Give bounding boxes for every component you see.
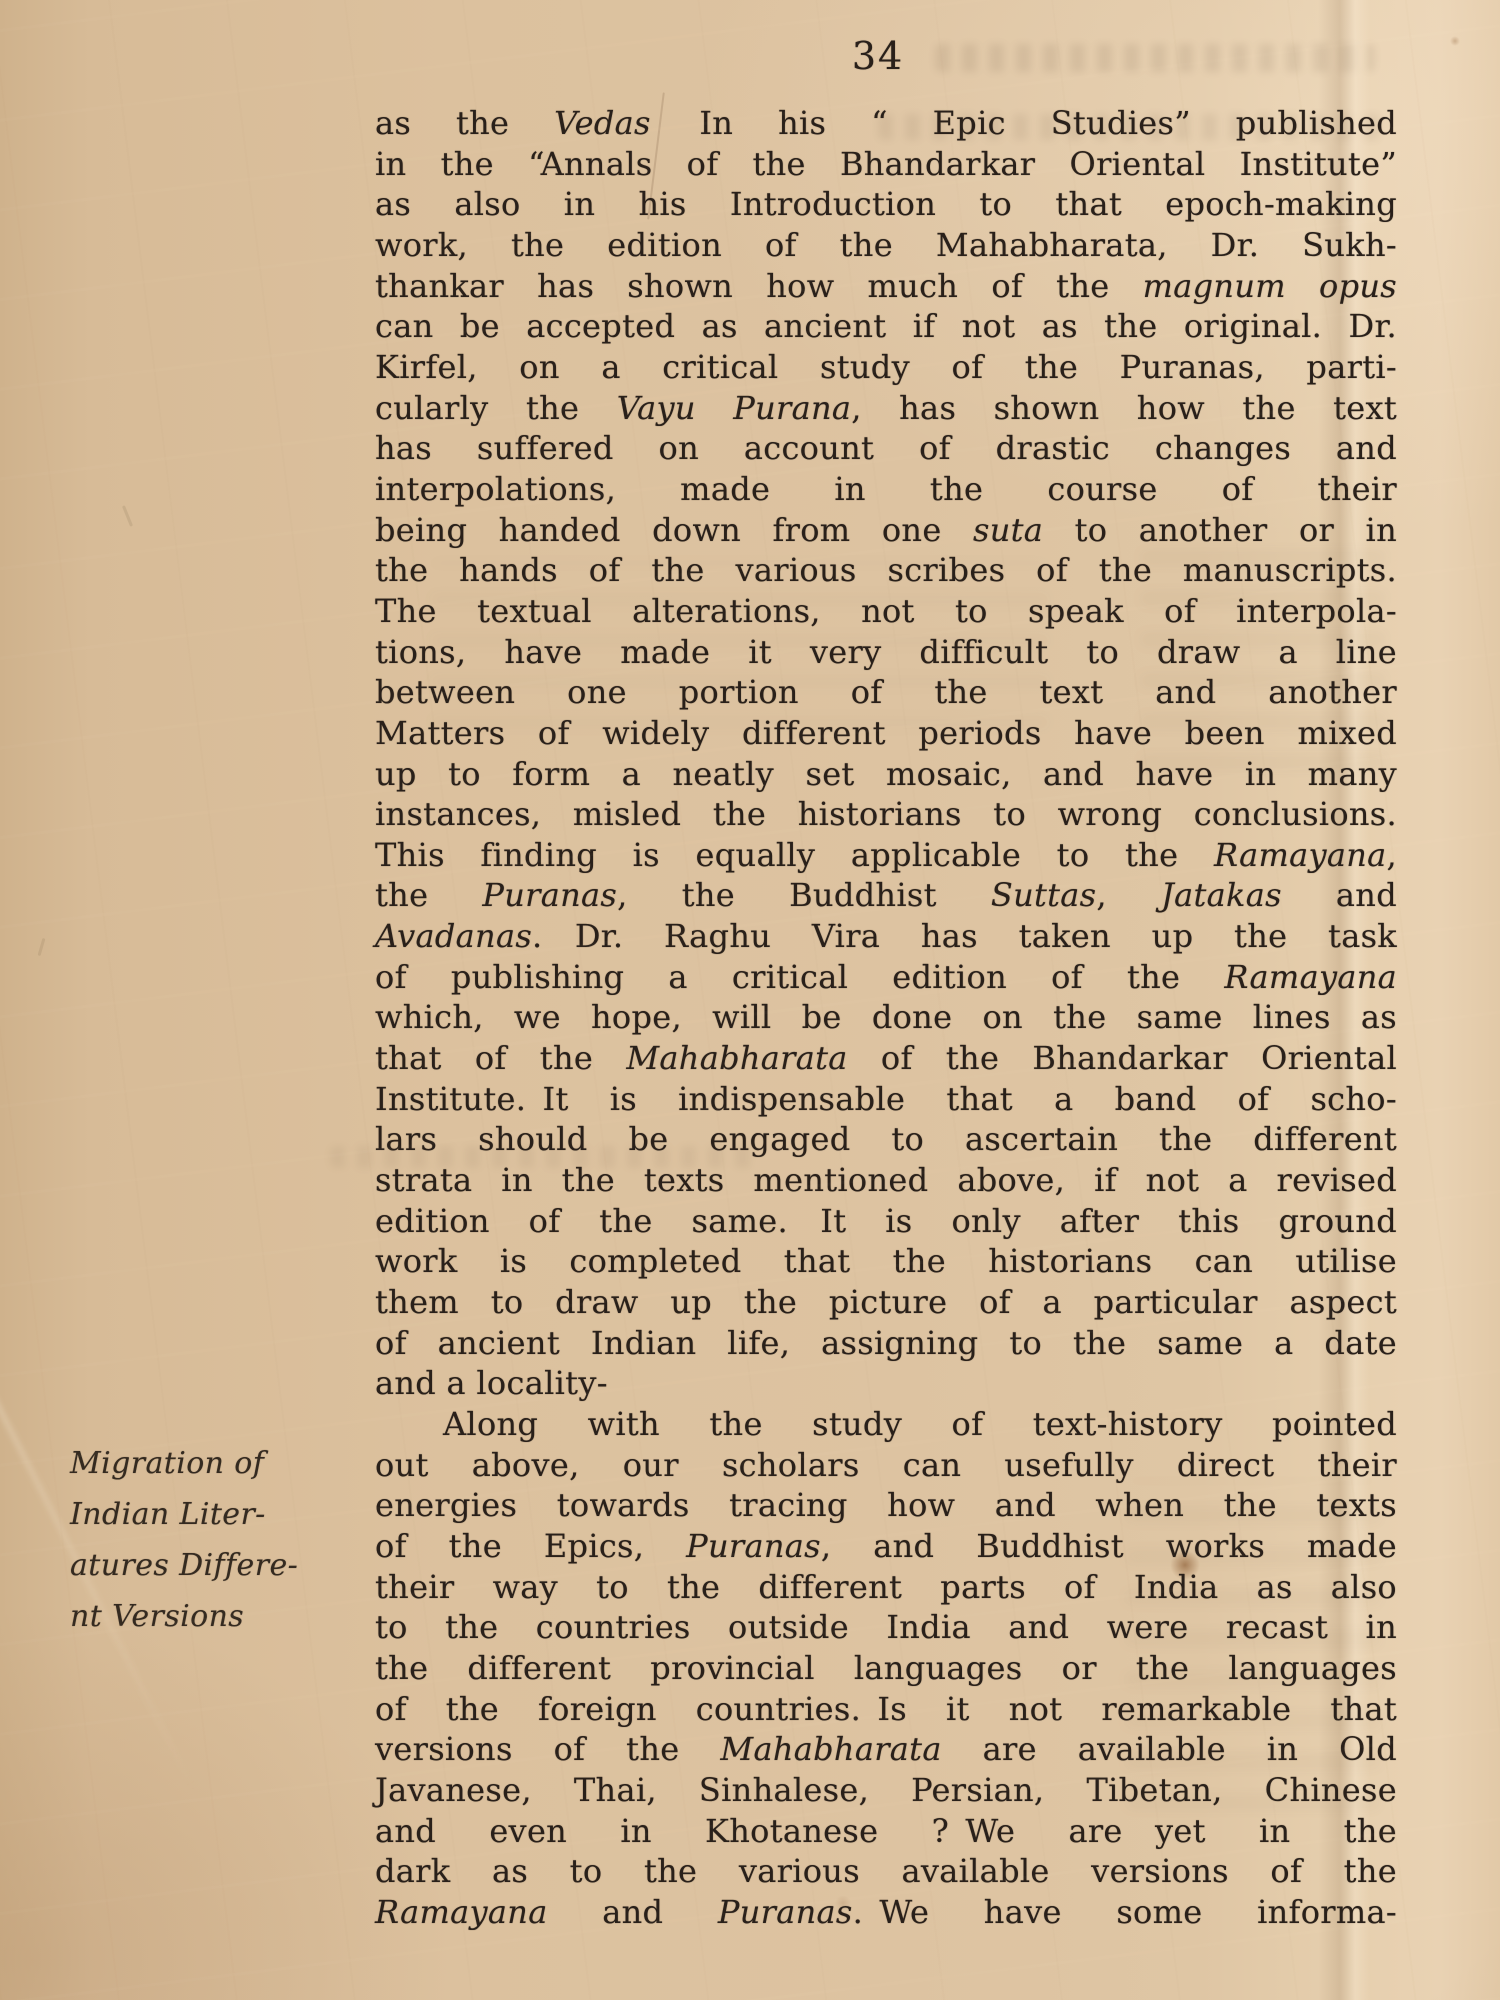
body-text: as the Vedas In his “ Epic Studies” publ…	[375, 103, 1397, 1933]
text-line: lars should be engaged to ascertain the …	[375, 1119, 1397, 1160]
text-line: Kirfel, on a critical study of the Puran…	[375, 347, 1397, 388]
text-segment: atures Differe-	[70, 1548, 298, 1583]
text-segment: This finding is equally applicable to th…	[375, 836, 1214, 874]
scanned-book-page: 34 Migration ofIndian Liter-atures Diffe…	[0, 0, 1500, 2000]
text-segment: instances, misled the historians to wron…	[375, 795, 1397, 833]
text-line: The textual alterations, not to speak of…	[375, 591, 1397, 632]
italic-term: suta	[973, 511, 1043, 549]
text-segment: of the Bhandarkar Oriental	[848, 1039, 1397, 1077]
text-segment: are available in Old	[942, 1730, 1397, 1768]
text-line: has suffered on account of drastic chang…	[375, 428, 1397, 469]
text-segment: Institute. It is indispensable that a ba…	[375, 1080, 1397, 1118]
text-segment: The textual alterations, not to speak of…	[375, 592, 1397, 630]
text-segment: tions, have made it very difficult to dr…	[375, 633, 1397, 671]
paragraph-1: as the Vedas In his “ Epic Studies” publ…	[375, 103, 1397, 1404]
text-segment: of the Epics,	[375, 1527, 686, 1565]
text-line: and a locality-	[375, 1363, 1397, 1404]
text-line: Along with the study of text-history poi…	[375, 1404, 1397, 1445]
text-segment: to another or in	[1043, 511, 1397, 549]
text-line: the hands of the various scribes of the …	[375, 550, 1397, 591]
text-line: Institute. It is indispensable that a ba…	[375, 1079, 1397, 1120]
italic-term: Mahabharata	[720, 1730, 941, 1768]
text-segment: being handed down from one	[375, 511, 973, 549]
text-segment: work, the edition of the Mahabharata, Dr…	[375, 226, 1397, 264]
text-line: them to draw up the picture of a particu…	[375, 1282, 1397, 1323]
text-segment: . Dr. Raghu Vira has taken up the task	[532, 917, 1397, 955]
text-segment: of the foreign countries. Is it not rema…	[375, 1690, 1397, 1728]
text-segment: thankar has shown how much of the	[375, 267, 1143, 305]
page-number: 34	[838, 34, 918, 78]
text-segment: has suffered on account of drastic chang…	[375, 429, 1397, 467]
italic-term: magnum opus	[1143, 267, 1397, 305]
text-line: cularly the Vayu Purana, has shown how t…	[375, 388, 1397, 429]
text-line: of publishing a critical edition of the …	[375, 957, 1397, 998]
text-line: Ramayana and Puranas. We have some infor…	[375, 1892, 1397, 1933]
text-segment: and	[548, 1893, 718, 1931]
text-segment: Indian Liter-	[70, 1497, 266, 1532]
text-line: Javanese, Thai, Sinhalese, Persian, Tibe…	[375, 1770, 1397, 1811]
italic-term: Vedas	[554, 104, 651, 142]
text-line: between one portion of the text and anot…	[375, 672, 1397, 713]
text-line: their way to the different parts of Indi…	[375, 1567, 1397, 1608]
text-segment: and	[1282, 876, 1397, 914]
text-line: nt Versions	[70, 1591, 342, 1642]
text-segment: Migration of	[70, 1446, 264, 1481]
text-segment: which, we hope, will be done on the same…	[375, 998, 1397, 1036]
text-segment: In his “ Epic Studies” published	[651, 104, 1397, 142]
text-segment: Matters of widely different periods have…	[375, 714, 1397, 752]
text-segment: the different provincial languages or th…	[375, 1649, 1397, 1687]
text-segment: Along with the study of text-history poi…	[443, 1405, 1397, 1443]
stain-spot	[1450, 36, 1460, 46]
scratch-mark	[122, 505, 133, 527]
text-segment: ,	[1096, 876, 1161, 914]
text-segment: versions of the	[375, 1730, 720, 1768]
text-line: edition of the same. It is only after th…	[375, 1201, 1397, 1242]
text-segment: their way to the different parts of Indi…	[375, 1568, 1397, 1606]
ghost-text-smudge	[935, 44, 1375, 72]
italic-term: Puranas	[482, 876, 617, 914]
text-line: being handed down from one suta to anoth…	[375, 510, 1397, 551]
text-line: strata in the texts mentioned above, if …	[375, 1160, 1397, 1201]
italic-term: Puranas	[686, 1527, 821, 1565]
text-segment: . We have some informa-	[853, 1893, 1397, 1931]
text-line: interpolations, made in the course of th…	[375, 469, 1397, 510]
text-segment: interpolations, made in the course of th…	[375, 470, 1397, 508]
text-segment: of publishing a critical edition of the	[375, 958, 1224, 996]
text-line: up to form a neatly set mosaic, and have…	[375, 754, 1397, 795]
italic-term: Ramayana	[1224, 958, 1397, 996]
text-segment: to the countries outside India and were …	[375, 1608, 1397, 1646]
text-line: of the foreign countries. Is it not rema…	[375, 1689, 1397, 1730]
italic-term: Ramayana	[1214, 836, 1387, 874]
text-line: as the Vedas In his “ Epic Studies” publ…	[375, 103, 1397, 144]
text-line: atures Differe-	[70, 1540, 342, 1591]
text-line: as also in his Introduction to that epoc…	[375, 184, 1397, 225]
text-segment: that of the	[375, 1039, 626, 1077]
text-line: versions of the Mahabharata are availabl…	[375, 1729, 1397, 1770]
text-line: the Puranas, the Buddhist Suttas, Jataka…	[375, 875, 1397, 916]
text-segment: them to draw up the picture of a particu…	[375, 1283, 1397, 1321]
text-line: work, the edition of the Mahabharata, Dr…	[375, 225, 1397, 266]
text-line: tions, have made it very difficult to dr…	[375, 632, 1397, 673]
text-segment: strata in the texts mentioned above, if …	[375, 1161, 1397, 1199]
italic-term: Mahabharata	[626, 1039, 847, 1077]
text-segment: the	[375, 876, 482, 914]
text-segment: Kirfel, on a critical study of the Puran…	[375, 348, 1397, 386]
text-line: energies towards tracing how and when th…	[375, 1485, 1397, 1526]
text-segment: up to form a neatly set mosaic, and have…	[375, 755, 1397, 793]
text-line: Indian Liter-	[70, 1489, 342, 1540]
text-segment: nt Versions	[70, 1599, 244, 1634]
text-line: thankar has shown how much of the magnum…	[375, 266, 1397, 307]
text-line: in the “Annals of the Bhandarkar Orienta…	[375, 144, 1397, 185]
text-line: of ancient Indian life, assigning to the…	[375, 1323, 1397, 1364]
text-line: out above, our scholars can usefully dir…	[375, 1445, 1397, 1486]
italic-term: Puranas	[718, 1893, 853, 1931]
italic-term: Avadanas	[375, 917, 532, 955]
text-segment: cularly the	[375, 389, 617, 427]
italic-term: Jatakas	[1161, 876, 1282, 914]
text-line: can be accepted as ancient if not as the…	[375, 306, 1397, 347]
text-line: instances, misled the historians to wron…	[375, 794, 1397, 835]
text-segment: and even in Khotanese ? We are yet in th…	[375, 1812, 1397, 1850]
margin-note: Migration ofIndian Liter-atures Differe-…	[70, 1438, 342, 1642]
text-line: This finding is equally applicable to th…	[375, 835, 1397, 876]
text-line: the different provincial languages or th…	[375, 1648, 1397, 1689]
text-line: to the countries outside India and were …	[375, 1607, 1397, 1648]
text-segment: between one portion of the text and anot…	[375, 673, 1397, 711]
text-line: which, we hope, will be done on the same…	[375, 997, 1397, 1038]
text-segment: , has shown how the text	[851, 389, 1397, 427]
paragraph-2: Along with the study of text-history poi…	[375, 1404, 1397, 1933]
italic-term: Ramayana	[375, 1893, 548, 1931]
text-line: Avadanas. Dr. Raghu Vira has taken up th…	[375, 916, 1397, 957]
text-segment: lars should be engaged to ascertain the …	[375, 1120, 1397, 1158]
text-segment: dark as to the various available version…	[375, 1852, 1397, 1890]
text-segment: as also in his Introduction to that epoc…	[375, 185, 1397, 223]
text-segment: ,	[1387, 836, 1397, 874]
text-line: dark as to the various available version…	[375, 1851, 1397, 1892]
text-line: Migration of	[70, 1438, 342, 1489]
text-line: and even in Khotanese ? We are yet in th…	[375, 1811, 1397, 1852]
italic-term: Suttas	[991, 876, 1097, 914]
text-segment: out above, our scholars can usefully dir…	[375, 1446, 1397, 1484]
text-line: Matters of widely different periods have…	[375, 713, 1397, 754]
text-segment: the hands of the various scribes of the …	[375, 551, 1397, 589]
text-line: that of the Mahabharata of the Bhandarka…	[375, 1038, 1397, 1079]
text-segment: , the Buddhist	[617, 876, 991, 914]
text-segment: edition of the same. It is only after th…	[375, 1202, 1397, 1240]
scratch-mark	[38, 938, 46, 956]
text-segment: can be accepted as ancient if not as the…	[375, 307, 1397, 345]
text-line: work is completed that the historians ca…	[375, 1241, 1397, 1282]
text-segment: as the	[375, 104, 554, 142]
text-segment: energies towards tracing how and when th…	[375, 1486, 1397, 1524]
text-segment: of ancient Indian life, assigning to the…	[375, 1324, 1397, 1362]
italic-term: Vayu Purana	[617, 389, 852, 427]
text-segment: and a locality-	[375, 1364, 608, 1402]
text-segment: work is completed that the historians ca…	[375, 1242, 1397, 1280]
text-segment: , and Buddhist works made	[821, 1527, 1397, 1565]
text-segment: in the “Annals of the Bhandarkar Orienta…	[375, 145, 1397, 183]
text-segment: Javanese, Thai, Sinhalese, Persian, Tibe…	[375, 1771, 1397, 1809]
text-line: of the Epics, Puranas, and Buddhist work…	[375, 1526, 1397, 1567]
